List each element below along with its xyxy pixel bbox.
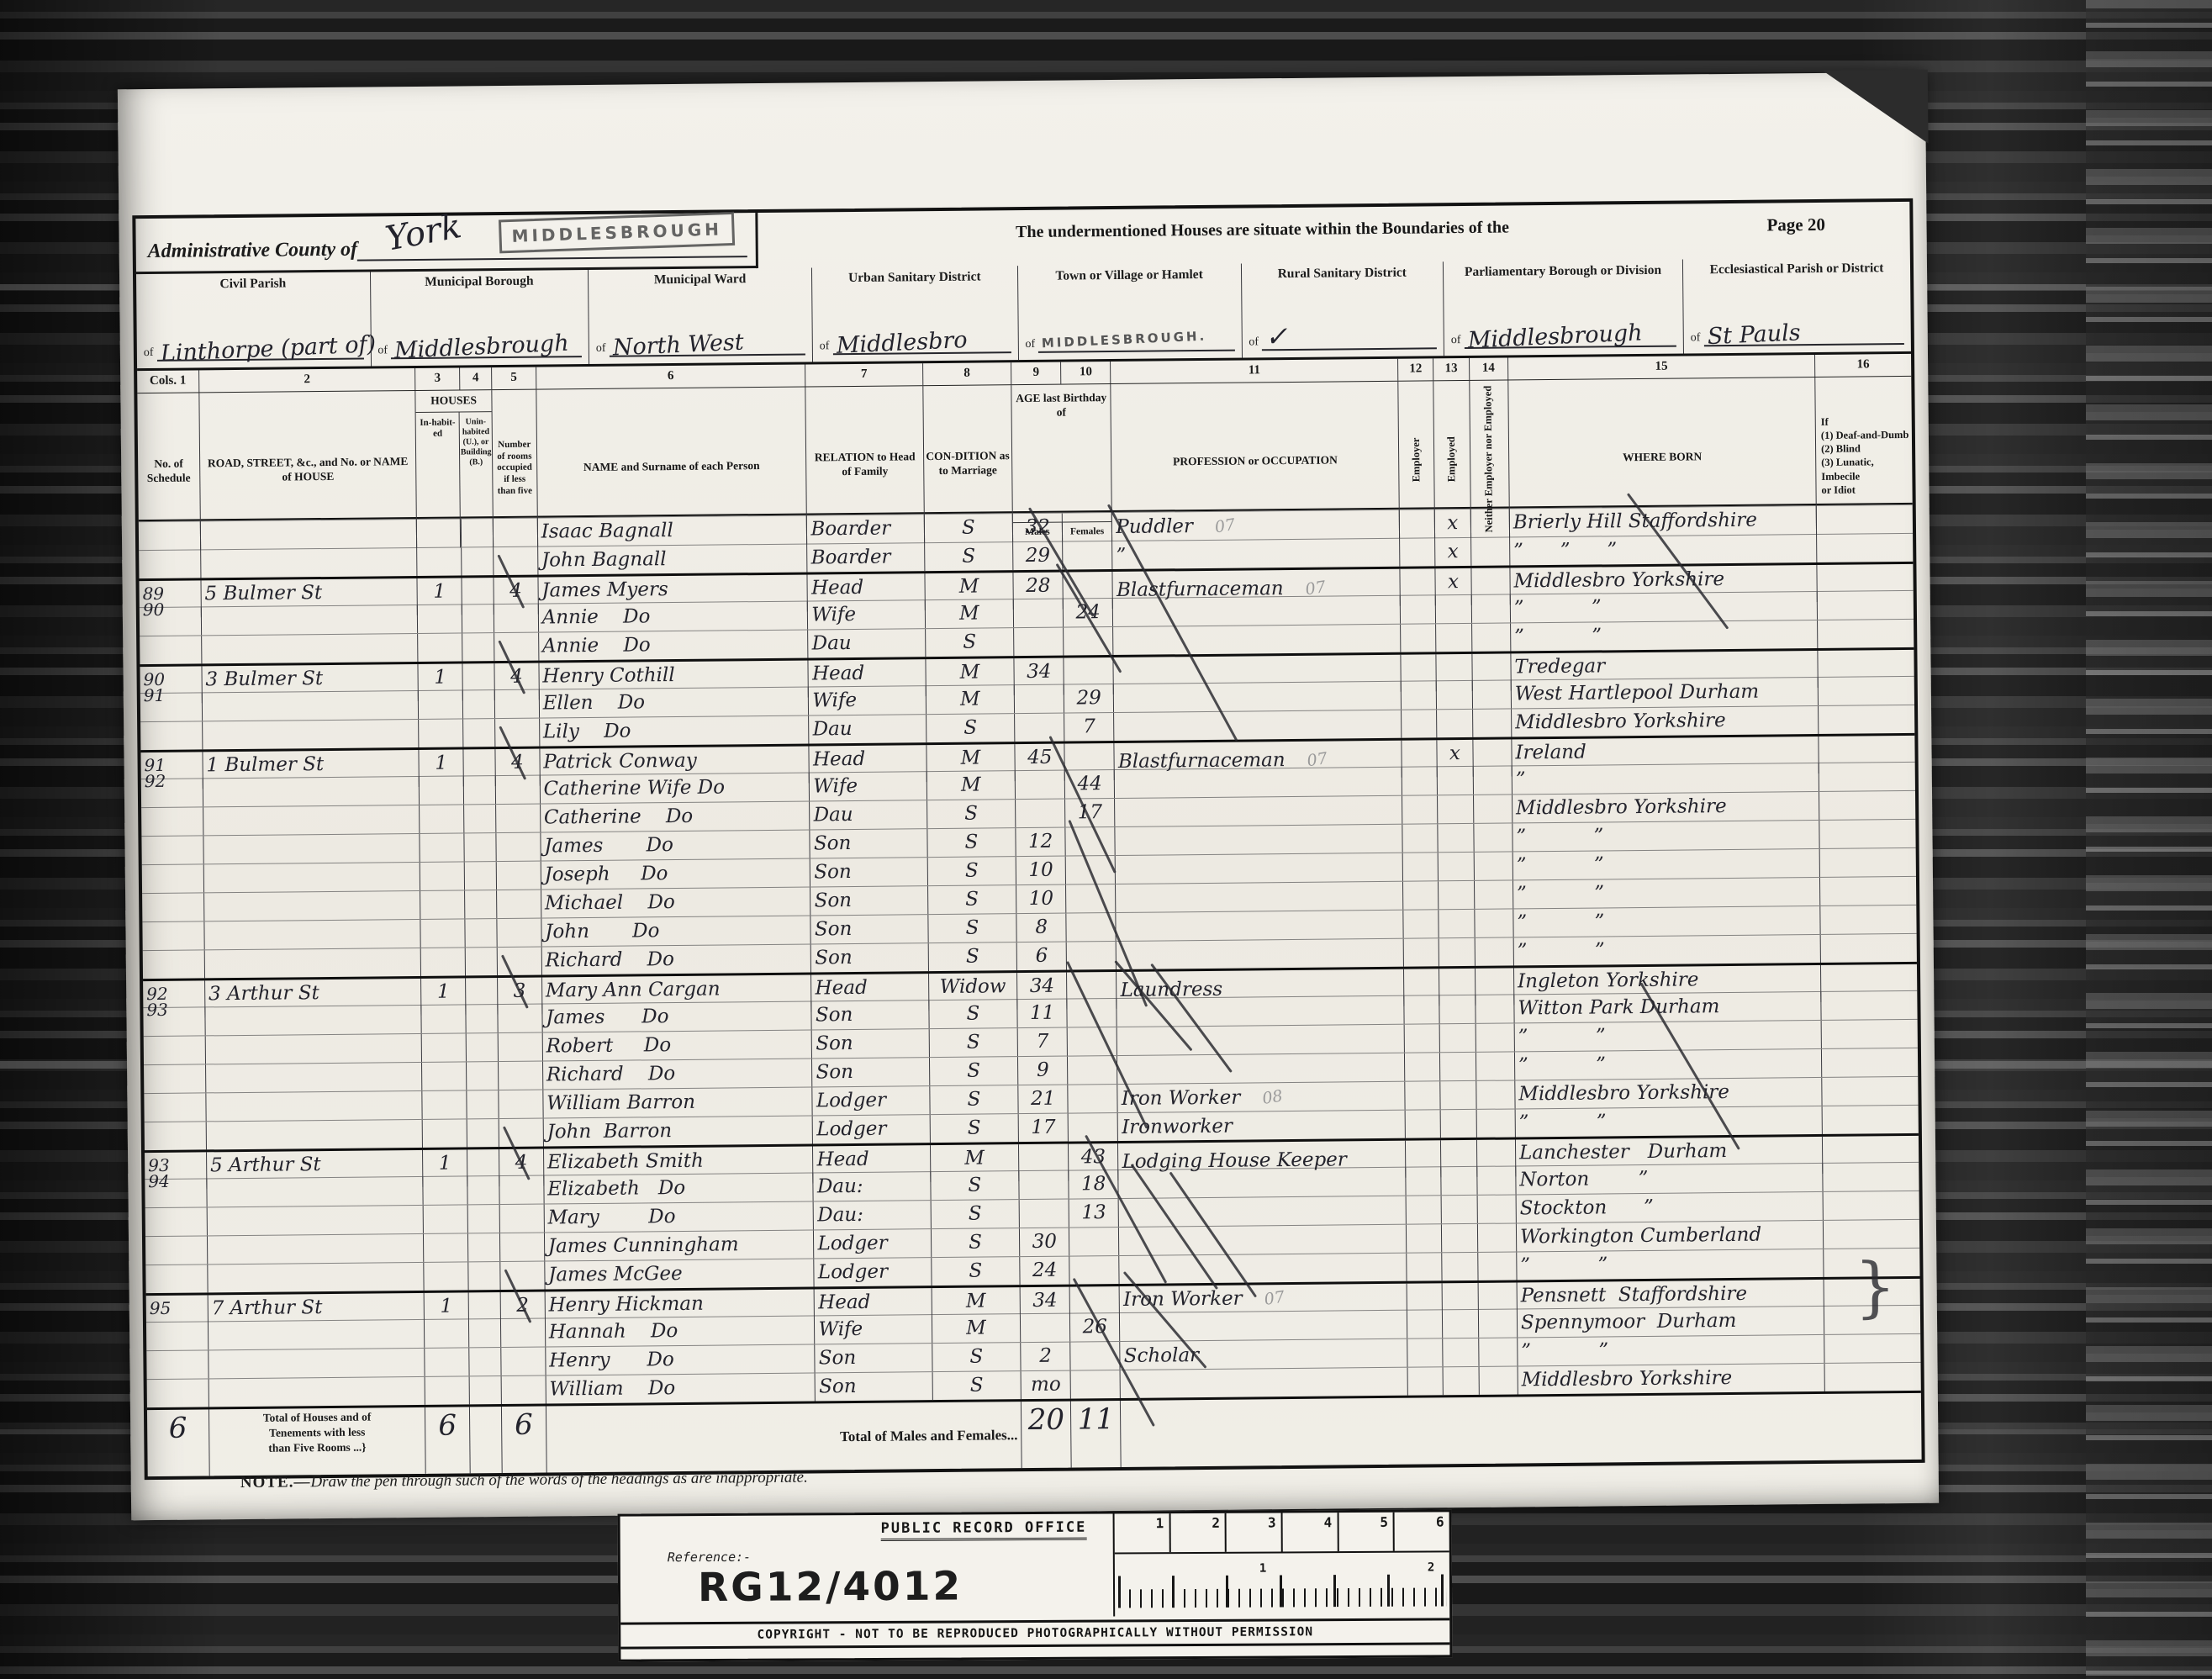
cell-name: Lily Do xyxy=(540,715,810,746)
cell-inhabited xyxy=(421,948,466,976)
cell-uninhabited xyxy=(465,919,497,947)
cell-employed xyxy=(1439,824,1475,852)
column-number: 3 xyxy=(415,367,460,390)
cell-name: Annie Do xyxy=(538,602,808,632)
cell-employed xyxy=(1441,1081,1477,1109)
cell-employed xyxy=(1443,1253,1479,1280)
cell-uninhabited xyxy=(467,1033,499,1061)
total-males: 20 xyxy=(1022,1402,1072,1469)
cell-occupation xyxy=(1114,682,1402,712)
cell-employed xyxy=(1438,767,1474,795)
cell-occupation xyxy=(1115,768,1402,798)
cell-rooms xyxy=(496,805,541,833)
cell-inhabited xyxy=(420,833,465,862)
cell-employer xyxy=(1407,1283,1443,1310)
cell-name: Mary Do xyxy=(544,1201,814,1232)
cell-condition: M xyxy=(926,685,1015,714)
district-label: Ecclesiastical Parish or District xyxy=(1690,261,1903,277)
cell-age-male: 8 xyxy=(1017,914,1067,942)
cell-age-female xyxy=(1068,1056,1117,1085)
margin-brace: } xyxy=(1854,1249,1897,1325)
district-label: Civil Parish xyxy=(143,276,363,293)
cell-relation: Boarder xyxy=(807,515,925,543)
cell-schedule xyxy=(142,864,204,893)
cell-address xyxy=(203,805,420,835)
admin-county-value: York xyxy=(383,207,464,259)
cell-employer xyxy=(1404,938,1440,966)
cell-schedule xyxy=(146,1322,209,1350)
cell-infirmity xyxy=(1822,1020,1918,1048)
cell-age-female: 24 xyxy=(1064,599,1113,627)
cell-employer xyxy=(1403,853,1439,880)
total-uninhabited xyxy=(470,1407,503,1473)
district-cell: Rural Sanitary District of ✓ xyxy=(1241,261,1444,357)
cell-inhabited xyxy=(421,919,466,948)
inch-label: 2 xyxy=(1428,1561,1435,1575)
cell-schedule xyxy=(139,550,201,578)
cell-occupation xyxy=(1117,939,1404,969)
cell-employed xyxy=(1439,881,1475,909)
cell-uninhabited xyxy=(467,1176,499,1204)
cell-employed xyxy=(1444,1338,1480,1366)
cell-schedule xyxy=(140,636,202,664)
column-number: 7 xyxy=(805,363,922,386)
cell-employed xyxy=(1442,1224,1478,1252)
cell-employer xyxy=(1400,538,1436,566)
cell-relation: Wife xyxy=(808,600,926,629)
column-number: 11 xyxy=(1111,359,1398,383)
cell-inhabited xyxy=(417,547,462,576)
cell-employed xyxy=(1436,595,1472,623)
cell-age-female xyxy=(1069,1228,1119,1256)
cell-age-male: 17 xyxy=(1019,1114,1069,1143)
cell-infirmity xyxy=(1819,677,1914,705)
cell-neither xyxy=(1479,1338,1518,1365)
cell-where-born: Middlesbro Yorkshire xyxy=(1513,792,1819,823)
cell-inhabited xyxy=(420,776,464,805)
cell-address xyxy=(207,1120,424,1149)
cell-uninhabited xyxy=(467,1062,499,1090)
cell-schedule xyxy=(145,1122,207,1150)
cell-age-female xyxy=(1063,513,1112,541)
totals-blank xyxy=(1121,1393,1921,1467)
cell-address xyxy=(205,1006,422,1035)
cell-rooms xyxy=(497,919,541,948)
cell-relation: Son xyxy=(812,1001,930,1029)
cell-inhabited xyxy=(418,633,462,662)
cell-uninhabited xyxy=(462,547,494,575)
district-value-row: of Middlesbro xyxy=(819,309,1011,355)
cell-name: John Bagnall xyxy=(538,545,808,575)
cell-occupation xyxy=(1117,911,1404,941)
cell-rooms xyxy=(496,776,541,805)
cell-name: John Do xyxy=(541,916,811,946)
cell-condition: M xyxy=(932,1287,1021,1315)
cell-neither xyxy=(1478,1252,1518,1280)
cell-employer xyxy=(1401,595,1437,623)
cell-name: Isaac Bagnall xyxy=(538,516,808,546)
cell-employer xyxy=(1403,910,1439,937)
total-rooms: 6 xyxy=(502,1407,547,1474)
cell-rooms xyxy=(498,1005,542,1033)
cell-inhabited xyxy=(419,690,463,719)
cell-neither xyxy=(1470,509,1510,536)
cell-condition: S xyxy=(931,1200,1020,1228)
cell-condition: S xyxy=(931,1171,1020,1200)
district-label: Town or Village or Hamlet xyxy=(1025,267,1234,284)
cell-inhabited xyxy=(424,1205,468,1233)
cell-occupation xyxy=(1113,596,1401,626)
cell-employer xyxy=(1407,1196,1443,1223)
cell-schedule xyxy=(141,836,203,864)
cell-where-born: Middlesbro Yorkshire xyxy=(1518,1364,1824,1395)
cell-condition: S xyxy=(928,914,1017,942)
cell-age-male xyxy=(1019,1171,1069,1200)
cell-age-male: 10 xyxy=(1016,857,1066,885)
cell-condition: S xyxy=(928,885,1017,914)
cell-relation: Head xyxy=(815,1288,932,1316)
cell-uninhabited xyxy=(465,890,497,918)
district-underline: Middlesbrough xyxy=(391,320,582,359)
cell-age-male: 30 xyxy=(1020,1228,1069,1257)
cell-uninhabited xyxy=(463,719,495,747)
pro-title: PUBLIC RECORD OFFICE xyxy=(881,1519,1087,1541)
cell-rooms xyxy=(499,1062,543,1090)
ruler: 123456 1 2 xyxy=(1113,1512,1450,1616)
cell-occupation: Puddler 07 xyxy=(1112,510,1400,541)
of-label: of xyxy=(1249,335,1259,351)
cell-relation: Lodger xyxy=(813,1086,931,1115)
cell-where-born: ” ” xyxy=(1515,1049,1822,1080)
district-underline: St Pauls xyxy=(1703,308,1904,346)
cell-occupation xyxy=(1119,1168,1407,1198)
cell-occupation: Iron Worker 07 xyxy=(1120,1284,1407,1313)
cell-condition: S xyxy=(927,800,1016,828)
cell-schedule xyxy=(147,1379,209,1407)
cell-condition: S xyxy=(930,1114,1019,1143)
cell-condition: S xyxy=(927,857,1016,885)
cell-relation: Lodger xyxy=(813,1115,931,1143)
inch-label: 1 xyxy=(1259,1562,1267,1576)
cell-age-female xyxy=(1069,1085,1118,1113)
cell-neither xyxy=(1476,1109,1516,1137)
scan-edge-streaks xyxy=(2086,0,2212,1679)
cell-employer xyxy=(1402,795,1439,823)
cell-address xyxy=(203,834,420,863)
cell-where-born: ” ” xyxy=(1513,849,1820,880)
district-cell: Town or Village or Hamlet of MIDDLESBROU… xyxy=(1018,264,1243,361)
cell-address xyxy=(203,691,420,721)
cell-infirmity xyxy=(1824,1191,1919,1220)
cell-neither xyxy=(1472,680,1512,708)
cell-age-male xyxy=(1015,685,1064,714)
cell-employed xyxy=(1440,1024,1476,1052)
cell-neither xyxy=(1475,909,1514,937)
cell-employer xyxy=(1407,1253,1443,1280)
cell-schedule xyxy=(140,693,203,721)
cell-employed xyxy=(1442,1196,1478,1223)
census-page: Administrative County of York MIDDLESBRO… xyxy=(118,72,1939,1521)
cell-where-born: ” ” xyxy=(1511,592,1818,623)
district-headers: Civil Parish of Linthorpe (part of) Muni… xyxy=(136,257,1911,368)
cell-neither xyxy=(1476,1023,1515,1051)
cell-where-born: Norton ” xyxy=(1516,1164,1823,1195)
cell-occupation: ” xyxy=(1112,539,1400,569)
cell-employer xyxy=(1405,1053,1441,1080)
cell-age-male: mo xyxy=(1022,1371,1071,1400)
cell-condition: M xyxy=(925,599,1014,628)
cell-name: Henry Hickman xyxy=(545,1289,815,1318)
district-underline: MIDDLESBROUGH. xyxy=(1038,314,1235,353)
cell-schedule: 95 xyxy=(146,1295,209,1323)
cell-relation: Son xyxy=(811,943,929,972)
column-number: 2 xyxy=(199,368,416,392)
cell-infirmity xyxy=(1818,620,1914,648)
cell-infirmity xyxy=(1824,1220,1919,1249)
cell-rooms xyxy=(499,1176,544,1205)
of-label: of xyxy=(820,340,830,355)
cell-inhabited xyxy=(424,1176,468,1205)
cell-condition: S xyxy=(924,514,1013,542)
cell-infirmity xyxy=(1820,877,1916,905)
cell-address xyxy=(202,634,419,663)
cell-inhabited xyxy=(418,605,462,633)
cell-uninhabited xyxy=(468,1205,500,1233)
cell-occupation xyxy=(1115,796,1402,826)
district-value: Linthorpe (part of) xyxy=(160,331,376,367)
cell-address xyxy=(206,1034,423,1064)
cell-relation: Wife xyxy=(810,772,927,800)
cell-schedule xyxy=(142,921,204,950)
cell-name: Annie Do xyxy=(539,631,809,661)
district-label: Municipal Borough xyxy=(377,273,582,290)
cell-employer xyxy=(1407,1310,1444,1338)
cell-schedule xyxy=(143,950,205,979)
cell-employed: x xyxy=(1435,538,1471,566)
cell-inhabited: 1 xyxy=(425,1292,469,1320)
cell-age-male: 12 xyxy=(1016,828,1066,857)
cell-inhabited xyxy=(422,1033,467,1062)
cell-inhabited xyxy=(417,519,462,547)
column-number: 8 xyxy=(923,362,1012,385)
cell-address: 7 Arthur St xyxy=(208,1293,425,1322)
cell-address xyxy=(209,1377,425,1407)
cell-employed xyxy=(1439,853,1475,880)
cell-occupation xyxy=(1113,625,1401,655)
cell-infirmity xyxy=(1824,1363,1920,1391)
total-females: 11 xyxy=(1071,1401,1122,1468)
cell-inhabited xyxy=(425,1348,470,1376)
cell-inhabited xyxy=(419,719,463,747)
cell-age-male: 11 xyxy=(1018,1000,1068,1028)
cell-neither xyxy=(1474,795,1513,822)
cell-name: Michael Do xyxy=(541,887,811,917)
district-value: ✓ xyxy=(1264,320,1288,353)
cell-employer xyxy=(1402,767,1439,795)
cell-schedule xyxy=(144,1093,206,1122)
cell-schedule xyxy=(143,1007,205,1036)
cell-inhabited xyxy=(420,862,465,890)
cell-condition: S xyxy=(932,1228,1021,1257)
cell-condition: S xyxy=(926,628,1015,657)
district-label: Parliamentary Borough or Division xyxy=(1450,263,1676,280)
cell-age-female: 13 xyxy=(1069,1199,1119,1228)
cell-employer xyxy=(1405,1024,1441,1052)
cell-relation: Son xyxy=(816,1344,933,1372)
cell-age-male: 32 xyxy=(1013,514,1063,542)
cell-rooms xyxy=(494,519,538,547)
total-schedule: 6 xyxy=(147,1409,210,1476)
cell-infirmity xyxy=(1818,591,1914,620)
cell-age-male: 6 xyxy=(1017,942,1067,971)
cell-infirmity xyxy=(1819,820,1915,848)
cell-infirmity xyxy=(1820,905,1916,934)
cell-occupation xyxy=(1117,1025,1405,1055)
district-underline: Linthorpe (part of) xyxy=(156,323,363,362)
cell-address xyxy=(204,891,421,921)
cell-address xyxy=(204,863,421,892)
cell-where-born: ” xyxy=(1513,763,1819,795)
cell-where-born: Pensnett Staffordshire xyxy=(1518,1280,1824,1310)
cell-employed xyxy=(1440,995,1476,1023)
cell-where-born: Brierly Hill Staffordshire xyxy=(1510,506,1817,537)
cell-address xyxy=(203,777,420,806)
cell-name: Joseph Do xyxy=(541,858,810,889)
ruler-number: 4 xyxy=(1283,1513,1339,1551)
cell-neither xyxy=(1474,823,1513,851)
cell-occupation: Ironworker xyxy=(1118,1111,1406,1141)
cell-infirmity xyxy=(1817,505,1913,534)
total-males-females-label: Total of Males and Females... xyxy=(546,1402,1022,1472)
cell-age-male xyxy=(1021,1314,1070,1343)
cell-relation: Son xyxy=(811,915,929,943)
cell-uninhabited xyxy=(467,1090,499,1118)
cell-relation: Dau xyxy=(810,800,927,829)
cell-uninhabited xyxy=(465,862,497,890)
cell-condition: S xyxy=(932,1343,1022,1371)
cell-inhabited xyxy=(420,890,465,919)
situate-text: The undermentioned Houses are situate wi… xyxy=(758,215,1766,256)
cell-age-male xyxy=(1020,1200,1069,1228)
cell-neither xyxy=(1477,1195,1517,1222)
cell-address xyxy=(205,948,422,978)
cell-age-male xyxy=(1014,599,1064,628)
district-label: Urban Sanitary District xyxy=(819,269,1011,286)
cell-infirmity xyxy=(1821,934,1917,963)
cell-age-female xyxy=(1070,1256,1120,1285)
cell-employed xyxy=(1443,1310,1479,1338)
cell-employed xyxy=(1436,624,1472,652)
cell-employed xyxy=(1439,910,1476,937)
ruler-number: 1 xyxy=(1115,1513,1171,1552)
cell-neither xyxy=(1476,1080,1516,1108)
census-form: Administrative County of York MIDDLESBRO… xyxy=(132,198,1924,1480)
cell-relation: Son xyxy=(816,1372,933,1401)
of-label: of xyxy=(1451,334,1461,349)
of-label: of xyxy=(377,344,388,359)
cell-name: Richard Do xyxy=(541,944,811,974)
cell-neither xyxy=(1477,1166,1517,1194)
cell-age-male: 21 xyxy=(1018,1085,1068,1114)
column-number: 4 xyxy=(460,367,492,389)
cell-uninhabited xyxy=(466,1005,498,1032)
ruler-ticks: 1 2 xyxy=(1115,1552,1449,1613)
ruler-number-boxes: 123456 xyxy=(1115,1512,1449,1554)
column-number: 14 xyxy=(1470,357,1509,379)
cell-where-born: ” ” xyxy=(1516,1106,1823,1138)
cell-relation: Son xyxy=(810,886,928,915)
cell-employer xyxy=(1406,1167,1442,1195)
cell-relation: Boarder xyxy=(808,543,926,572)
cell-address xyxy=(207,1206,424,1235)
cell-relation: Wife xyxy=(809,686,927,715)
cell-schedule xyxy=(145,1207,208,1236)
cell-inhabited xyxy=(422,1005,467,1033)
cell-condition: M xyxy=(932,1314,1022,1343)
cell-relation: Son xyxy=(810,858,928,886)
cell-relation: Dau xyxy=(810,715,927,743)
of-label: of xyxy=(1025,338,1035,353)
cell-relation: Dau xyxy=(809,629,927,657)
column-number: 5 xyxy=(492,367,536,390)
cell-age-female: 7 xyxy=(1064,713,1114,742)
cell-occupation: Iron Worker 08 xyxy=(1118,1082,1406,1112)
cell-condition: S xyxy=(929,1000,1018,1028)
cell-infirmity xyxy=(1819,763,1915,791)
cell-neither xyxy=(1473,766,1513,794)
district-cell: Municipal Ward of North West xyxy=(589,267,813,364)
cell-infirmity xyxy=(1823,1163,1919,1191)
cell-name: James Do xyxy=(541,830,810,860)
district-value: MIDDLESBROUGH. xyxy=(1042,329,1207,351)
cell-neither xyxy=(1472,623,1512,651)
pencil-mark: 07 xyxy=(1262,1284,1286,1313)
cell-rooms xyxy=(501,1348,546,1376)
cell-employed xyxy=(1443,1283,1478,1310)
cell-address xyxy=(208,1263,425,1292)
cell-condition: S xyxy=(927,714,1016,742)
cell-where-born: Middlesbro Yorkshire xyxy=(1515,1078,1822,1109)
column-number: 10 xyxy=(1061,362,1111,384)
cell-neither xyxy=(1474,852,1513,879)
cell-employer xyxy=(1407,1338,1444,1366)
cell-uninhabited xyxy=(470,1376,502,1404)
district-cell: Ecclesiastical Parish or District of St … xyxy=(1683,257,1911,354)
cell-infirmity xyxy=(1820,848,1916,877)
page-number: Page 20 xyxy=(1766,213,1909,247)
district-underline: Middlesbro xyxy=(832,316,1011,355)
cell-name: Robert Do xyxy=(542,1030,812,1060)
cell-inhabited xyxy=(420,805,464,833)
cell-age-female xyxy=(1063,541,1112,570)
district-cell: Parliamentary Borough or Division of Mid… xyxy=(1444,259,1684,356)
cell-uninhabited xyxy=(464,833,496,861)
cell-age-male xyxy=(1015,714,1064,742)
header-age: AGE last Birthday of xyxy=(1011,384,1111,522)
cell-uninhabited xyxy=(464,805,496,832)
cell-where-born: Workington Cumberland xyxy=(1517,1221,1824,1252)
cell-age-female xyxy=(1071,1342,1121,1370)
district-label: Municipal Ward xyxy=(595,272,805,288)
cell-infirmity xyxy=(1822,1077,1918,1106)
pencil-mark: 07 xyxy=(1213,511,1238,541)
cell-condition: M xyxy=(927,771,1016,800)
ruler-number: 6 xyxy=(1395,1512,1449,1550)
cell-employed xyxy=(1440,1053,1476,1080)
cell-inhabited xyxy=(425,1262,469,1291)
cell-condition: S xyxy=(932,1257,1021,1286)
cell-age-female: 29 xyxy=(1064,684,1114,713)
